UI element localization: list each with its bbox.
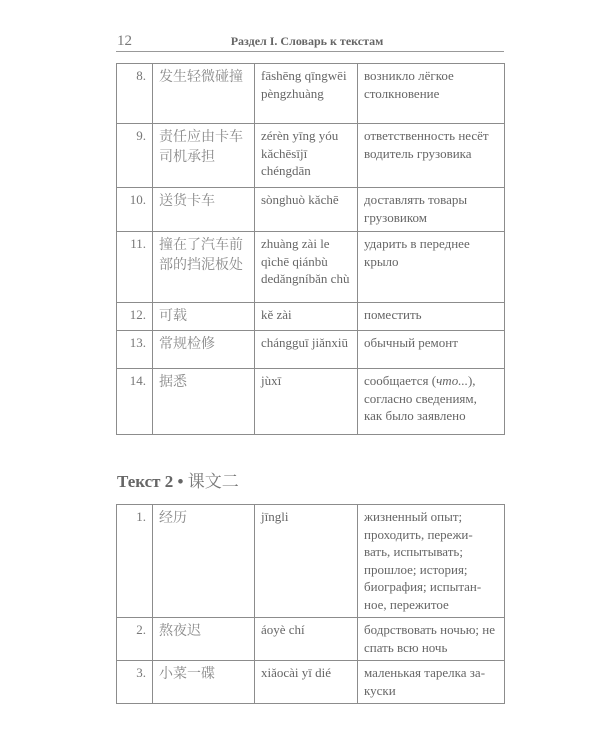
translation-text: сообщается ( (364, 373, 436, 388)
hanzi-cell: 熬夜迟 (153, 618, 255, 661)
pinyin-cell: zhuàng zài le qìchē qiánbù dedǎngníbǎn c… (255, 232, 358, 303)
table-row: 14. 据悉 jùxī сообщается (что...), согласн… (117, 369, 505, 435)
table-row: 10. 送货卡车 sònghuò kǎchē доставлять товары… (117, 188, 505, 232)
row-number: 8. (117, 64, 153, 124)
hanzi-cell: 常规检修 (153, 331, 255, 369)
row-number: 12. (117, 303, 153, 331)
section-title-ru: Текст 2 • (117, 472, 188, 491)
pinyin-cell: chángguī jiǎnxiū (255, 331, 358, 369)
pinyin-cell: áoyè chí (255, 618, 358, 661)
table-row: 3. 小菜一碟 xiǎocài yī dié маленькая тарелка… (117, 661, 505, 704)
translation-italic: что... (436, 373, 468, 388)
hanzi-cell: 责任应由卡车司机承担 (153, 124, 255, 188)
table-row: 13. 常规检修 chángguī jiǎnxiū обычный ремонт (117, 331, 505, 369)
translation-cell: поместить (358, 303, 505, 331)
row-number: 9. (117, 124, 153, 188)
header-rule (116, 51, 504, 52)
pinyin-cell: xiǎocài yī dié (255, 661, 358, 704)
row-number: 14. (117, 369, 153, 435)
row-number: 2. (117, 618, 153, 661)
pinyin-cell: zérèn yīng yóu kǎchēsījī chéngdān (255, 124, 358, 188)
vocab-table-text-1: 8. 发生轻微碰撞 fāshēng qīngwēi pèngzhuàng воз… (116, 63, 505, 435)
table-row: 2. 熬夜迟 áoyè chí бодрствовать ночью; не с… (117, 618, 505, 661)
vocab-table-text-2: 1. 经历 jīngli жизненный опыт; проходить, … (116, 504, 505, 704)
hanzi-cell: 小菜一碟 (153, 661, 255, 704)
translation-cell: жизненный опыт; проходить, пережи-вать, … (358, 505, 505, 618)
translation-cell: ответственность несёт водитель грузовика (358, 124, 505, 188)
running-head: Раздел I. Словарь к текстам (0, 34, 600, 49)
row-number: 13. (117, 331, 153, 369)
translation-cell: сообщается (что...), согласно сведениям,… (358, 369, 505, 435)
table-row: 1. 经历 jīngli жизненный опыт; проходить, … (117, 505, 505, 618)
section-title: Текст 2 • 课文二 (117, 467, 239, 492)
table-row: 8. 发生轻微碰撞 fāshēng qīngwēi pèngzhuàng воз… (117, 64, 505, 124)
translation-cell: доставлять товары грузовиком (358, 188, 505, 232)
pinyin-cell: jīngli (255, 505, 358, 618)
hanzi-cell: 据悉 (153, 369, 255, 435)
hanzi-cell: 发生轻微碰撞 (153, 64, 255, 124)
hanzi-cell: 可载 (153, 303, 255, 331)
pinyin-cell: jùxī (255, 369, 358, 435)
table-row: 12. 可载 kě zài поместить (117, 303, 505, 331)
translation-cell: бодрствовать ночью; не спать всю ночь (358, 618, 505, 661)
row-number: 10. (117, 188, 153, 232)
hanzi-cell: 经历 (153, 505, 255, 618)
pinyin-cell: sònghuò kǎchē (255, 188, 358, 232)
hanzi-cell: 送货卡车 (153, 188, 255, 232)
translation-cell: ударить в переднее крыло (358, 232, 505, 303)
translation-cell: возникло лёгкое столкновение (358, 64, 505, 124)
pinyin-cell: kě zài (255, 303, 358, 331)
row-number: 11. (117, 232, 153, 303)
table-row: 11. 撞在了汽车前部的挡泥板处 zhuàng zài le qìchē qiá… (117, 232, 505, 303)
hanzi-cell: 撞在了汽车前部的挡泥板处 (153, 232, 255, 303)
translation-cell: обычный ремонт (358, 331, 505, 369)
translation-cell: маленькая тарелка за-куски (358, 661, 505, 704)
table-row: 9. 责任应由卡车司机承担 zérèn yīng yóu kǎchēsījī c… (117, 124, 505, 188)
row-number: 3. (117, 661, 153, 704)
row-number: 1. (117, 505, 153, 618)
section-title-cn: 课文二 (188, 472, 239, 492)
pinyin-cell: fāshēng qīngwēi pèngzhuàng (255, 64, 358, 124)
